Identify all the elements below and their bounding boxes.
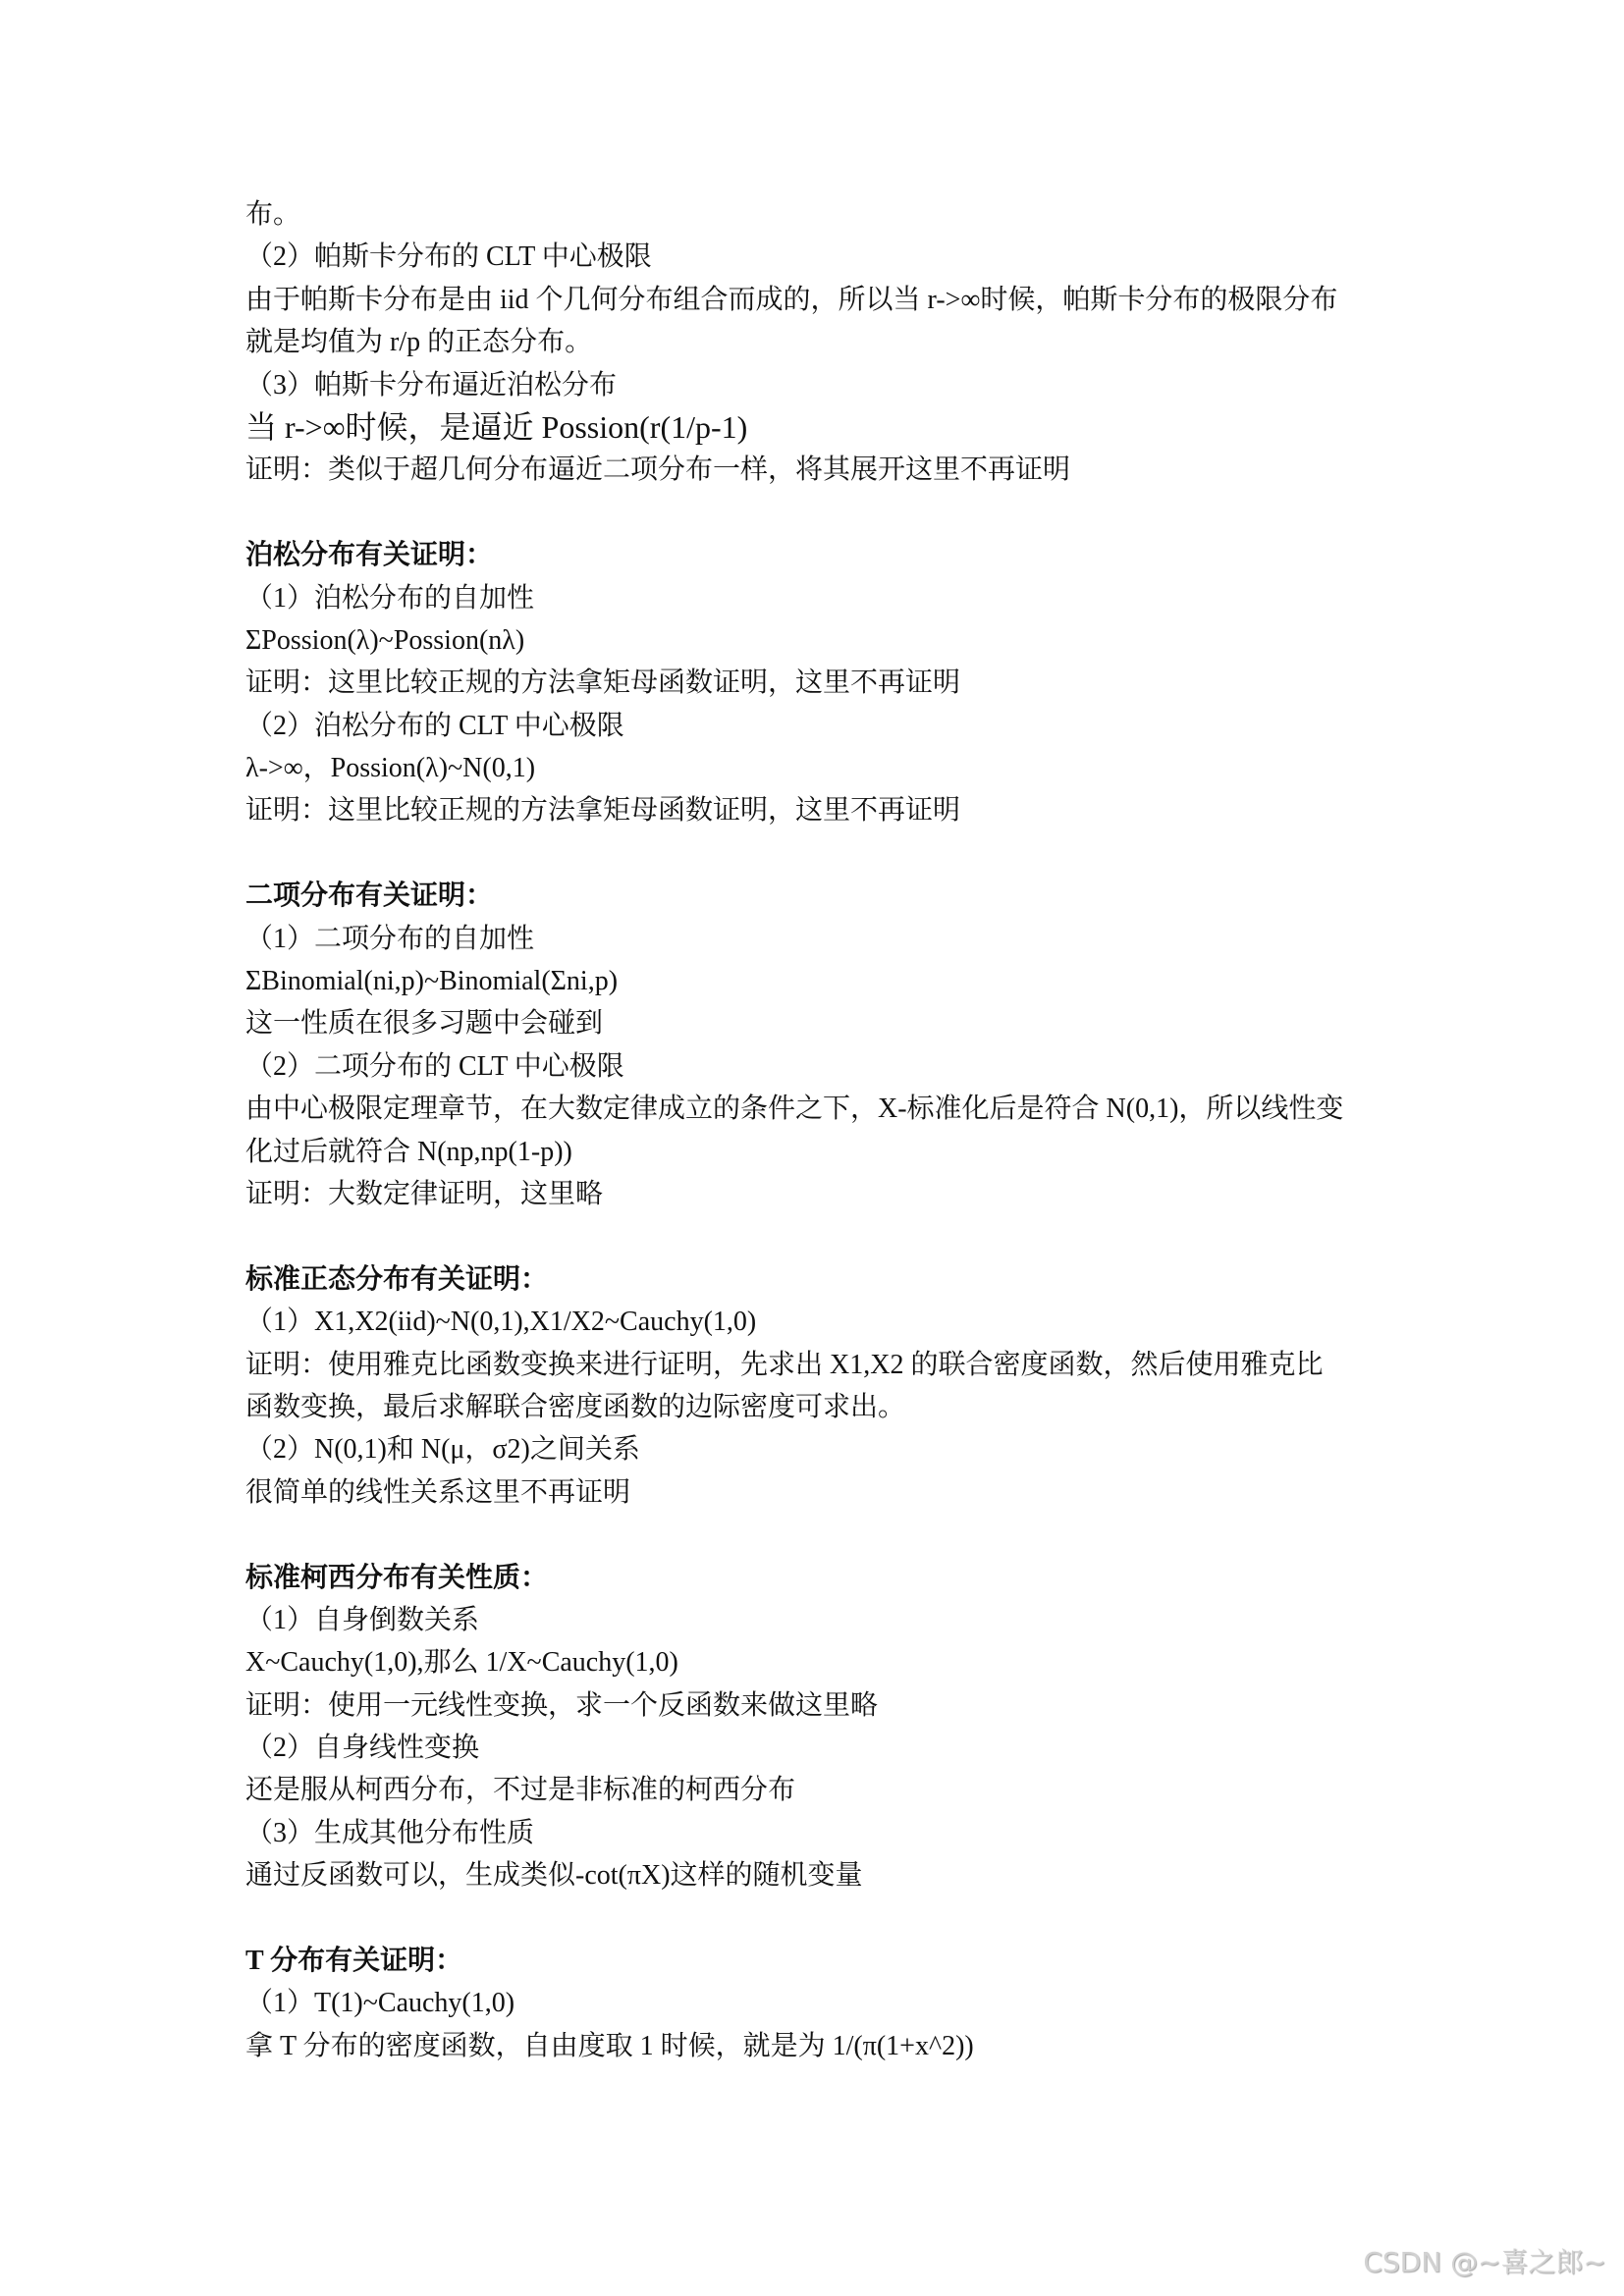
watermark: CSDN @~喜之郎~ — [1363, 2241, 1606, 2280]
text-line: （2）二项分布的 CLT 中心极限 — [245, 1045, 1394, 1088]
text-line: 证明：这里比较正规的方法拿矩母函数证明，这里不再证明 — [245, 662, 1394, 704]
section-heading: 标准正态分布有关证明： — [245, 1258, 1394, 1301]
document-page: 布。 （2）帕斯卡分布的 CLT 中心极限 由于帕斯卡分布是由 iid 个几何分… — [245, 193, 1394, 2067]
section-heading: T 分布有关证明： — [245, 1940, 1394, 1982]
text-line: λ->∞，Possion(λ)~N(0,1) — [245, 747, 1394, 789]
text-line: 还是服从柯西分布，不过是非标准的柯西分布 — [245, 1769, 1394, 1811]
text-line: （3）生成其他分布性质 — [245, 1812, 1394, 1854]
text-line: （2）泊松分布的 CLT 中心极限 — [245, 705, 1394, 747]
text-line: 当 r->∞时候，是逼近 Possion(r(1/p-1) — [245, 406, 1394, 449]
text-line: （2）N(0,1)和 N(μ，σ2)之间关系 — [245, 1428, 1394, 1470]
text-line: 由于帕斯卡分布是由 iid 个几何分布组合而成的，所以当 r->∞时候，帕斯卡分… — [245, 279, 1394, 321]
text-line: 证明：这里比较正规的方法拿矩母函数证明，这里不再证明 — [245, 789, 1394, 831]
spacer — [245, 1514, 1394, 1556]
text-line: 由中心极限定理章节，在大数定律成立的条件之下，X-标准化后是符合 N(0,1)，… — [245, 1088, 1394, 1130]
text-line: 就是均值为 r/p 的正态分布。 — [245, 321, 1394, 363]
text-line: 函数变换，最后求解联合密度函数的边际密度可求出。 — [245, 1386, 1394, 1428]
text-line: X~Cauchy(1,0),那么 1/X~Cauchy(1,0) — [245, 1641, 1394, 1683]
text-line: 证明：类似于超几何分布逼近二项分布一样，将其展开这里不再证明 — [245, 449, 1394, 491]
text-line: 证明：使用一元线性变换，求一个反函数来做这里略 — [245, 1684, 1394, 1727]
section-heading: 标准柯西分布有关性质： — [245, 1557, 1394, 1599]
text-line: ΣPossion(λ)~Possion(nλ) — [245, 619, 1394, 662]
text-line: 化过后就符合 N(np,np(1-p)) — [245, 1131, 1394, 1173]
text-line: 布。 — [245, 193, 1394, 236]
text-line: 很简单的线性关系这里不再证明 — [245, 1471, 1394, 1514]
text-line: 证明：使用雅克比函数变换来进行证明，先求出 X1,X2 的联合密度函数，然后使用… — [245, 1344, 1394, 1386]
text-line: 这一性质在很多习题中会碰到 — [245, 1002, 1394, 1044]
text-line: ΣBinomial(ni,p)~Binomial(Σni,p) — [245, 960, 1394, 1002]
spacer — [245, 1215, 1394, 1257]
text-line: （2）帕斯卡分布的 CLT 中心极限 — [245, 236, 1394, 278]
section-heading: 二项分布有关证明： — [245, 875, 1394, 917]
spacer — [245, 1897, 1394, 1940]
spacer — [245, 492, 1394, 534]
text-line: （1）二项分布的自加性 — [245, 918, 1394, 960]
section-heading: 泊松分布有关证明： — [245, 534, 1394, 576]
spacer — [245, 832, 1394, 875]
text-line: （2）自身线性变换 — [245, 1727, 1394, 1769]
text-line: （1）T(1)~Cauchy(1,0) — [245, 1982, 1394, 2024]
text-line: （1）泊松分布的自加性 — [245, 577, 1394, 619]
text-line: （3）帕斯卡分布逼近泊松分布 — [245, 364, 1394, 406]
text-line: 拿 T 分布的密度函数，自由度取 1 时候，就是为 1/(π(1+x^2)) — [245, 2025, 1394, 2067]
text-line: （1）X1,X2(iid)~N(0,1),X1/X2~Cauchy(1,0) — [245, 1301, 1394, 1343]
text-line: （1）自身倒数关系 — [245, 1599, 1394, 1641]
text-line: 证明：大数定律证明，这里略 — [245, 1173, 1394, 1215]
text-line: 通过反函数可以，生成类似-cot(πX)这样的随机变量 — [245, 1854, 1394, 1896]
